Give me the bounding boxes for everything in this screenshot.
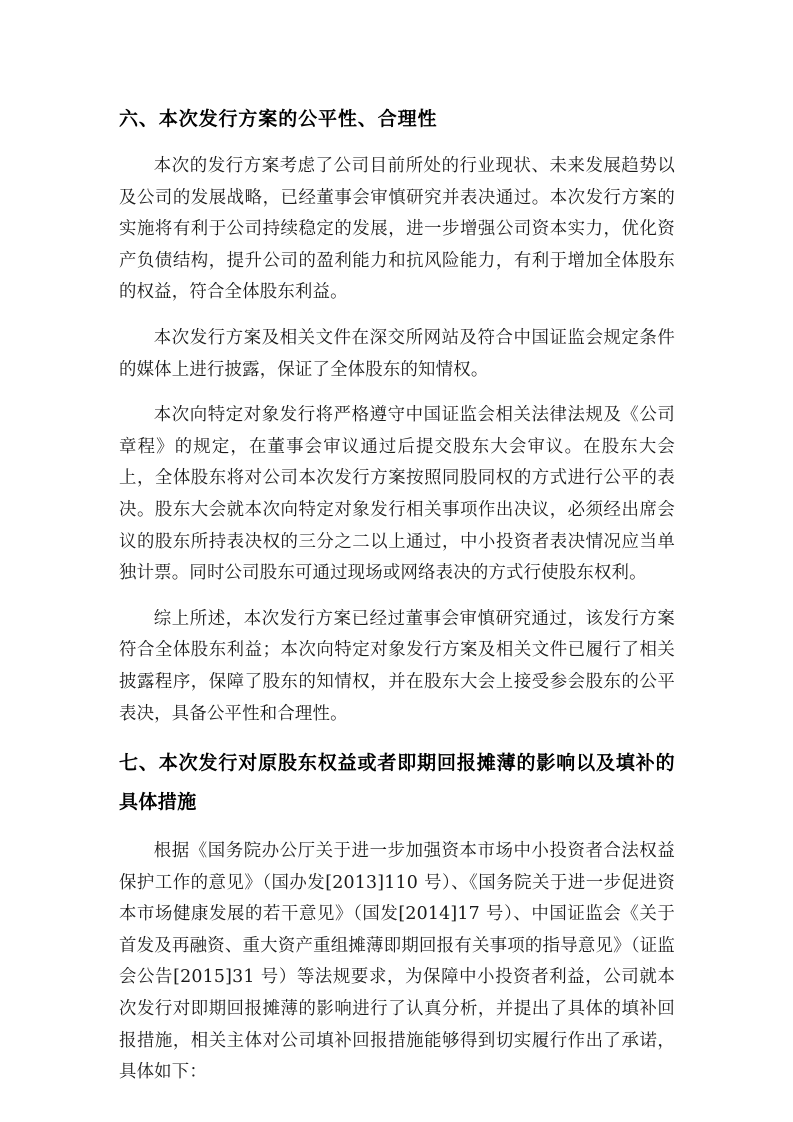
paragraph: 根据《国务院办公厅关于进一步加强资本市场中小投资者合法权益保护工作的意见》（国办… bbox=[119, 836, 675, 1089]
paragraph: 本次发行方案及相关文件在深交所网站及符合中国证监会规定条件的媒体上进行披露，保证… bbox=[119, 323, 675, 386]
section-heading-7: 七、本次发行对原股东权益或者即期回报摊薄的影响以及填补的具体措施 bbox=[119, 744, 675, 822]
document-page: 六、本次发行方案的公平性、合理性 本次的发行方案考虑了公司目前所处的行业现状、未… bbox=[119, 100, 675, 1103]
paragraph: 综上所述，本次发行方案已经过董事会审慎研究通过，该发行方案符合全体股东利益；本次… bbox=[119, 604, 675, 730]
paragraph: 本次向特定对象发行将严格遵守中国证监会相关法律法规及《公司章程》的规定，在董事会… bbox=[119, 400, 675, 590]
section-fairness: 六、本次发行方案的公平性、合理性 本次的发行方案考虑了公司目前所处的行业现状、未… bbox=[119, 102, 675, 730]
paragraph: 本次的发行方案考虑了公司目前所处的行业现状、未来发展趋势以及公司的发展战略，已经… bbox=[119, 151, 675, 309]
section-heading-6: 六、本次发行方案的公平性、合理性 bbox=[119, 102, 675, 136]
section-dilution-measures: 七、本次发行对原股东权益或者即期回报摊薄的影响以及填补的具体措施 根据《国务院办… bbox=[119, 744, 675, 1089]
